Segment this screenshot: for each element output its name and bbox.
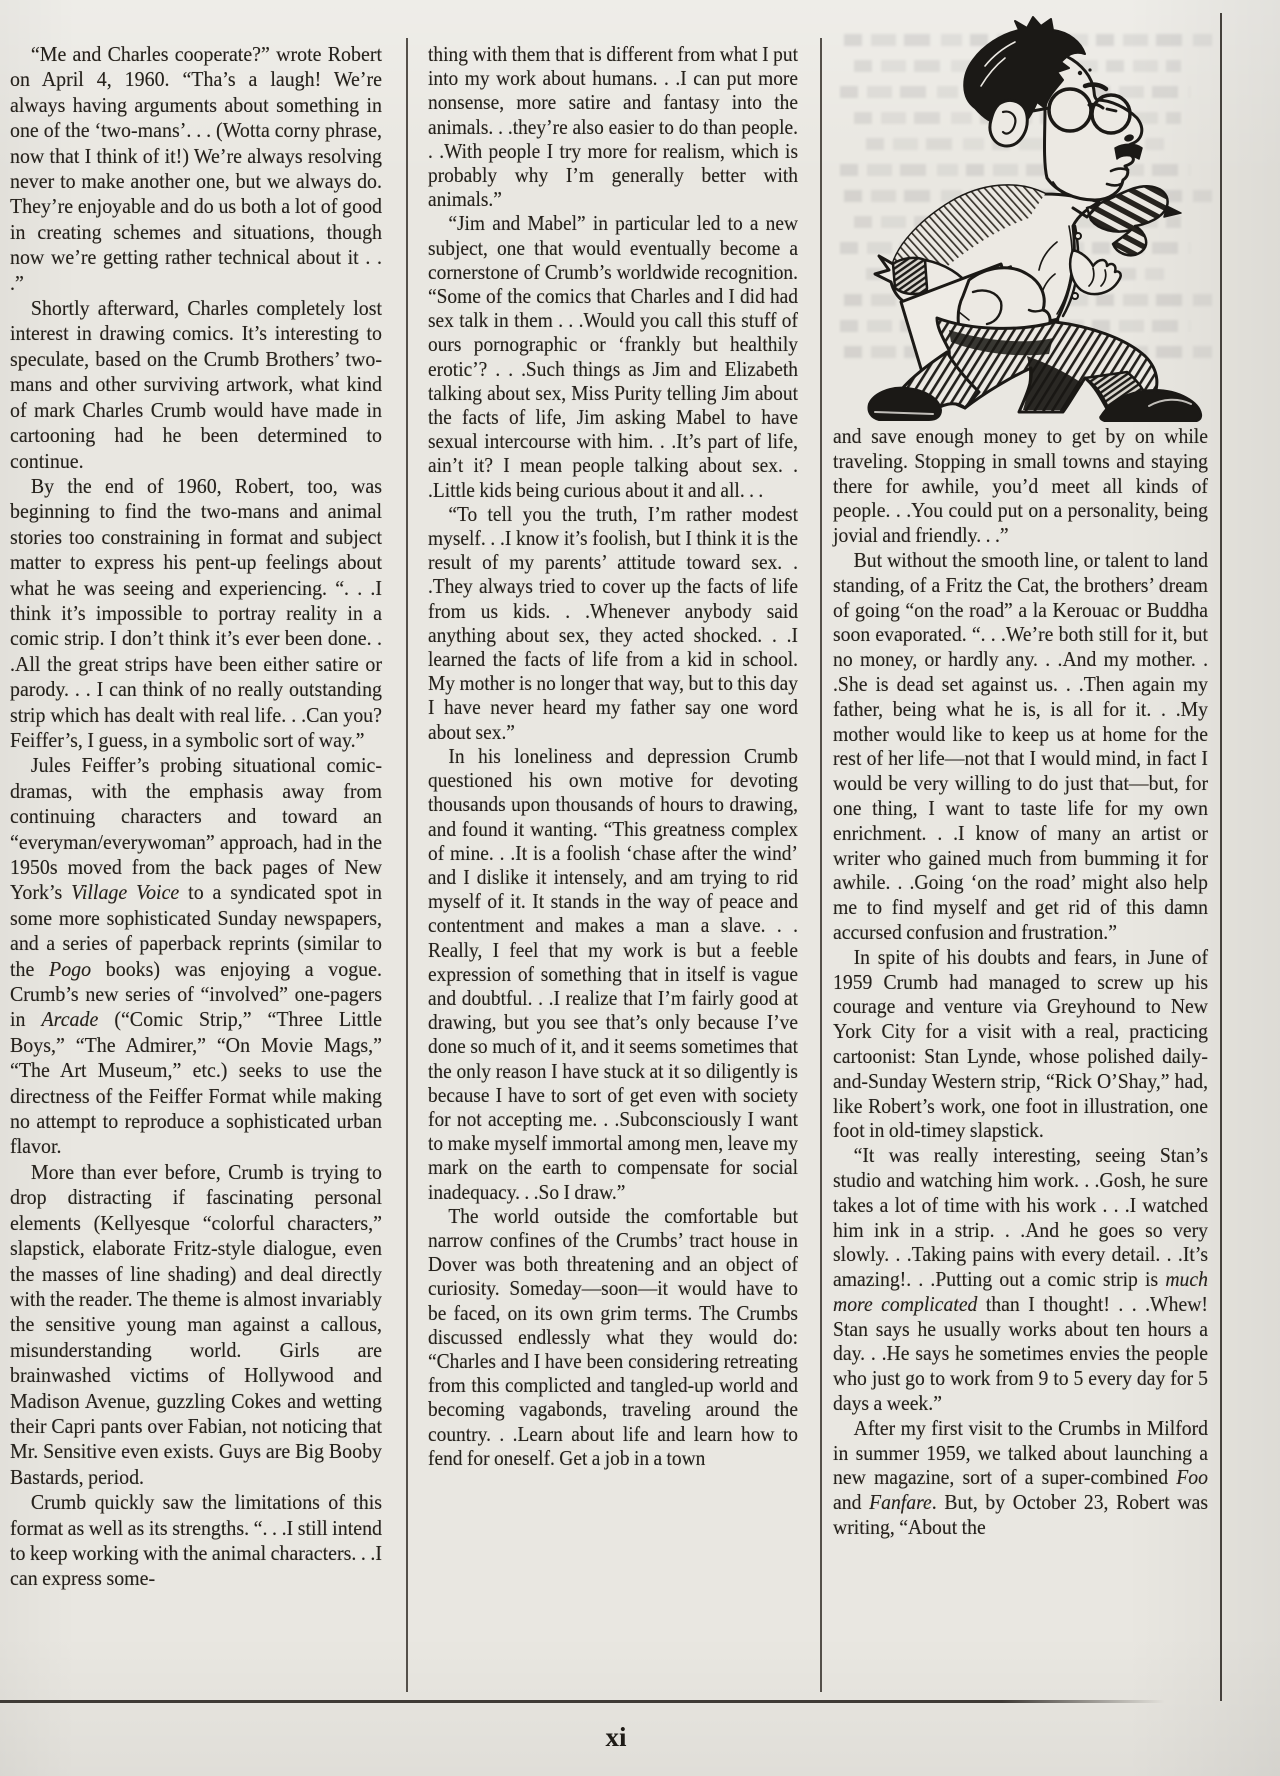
page-number: xi	[0, 1722, 1232, 1753]
column-divider-left	[406, 38, 408, 1692]
paragraph: By the end of 1960, Robert, too, was beg…	[10, 474, 382, 753]
paragraph: “Jim and Mabel” in particular led to a n…	[428, 211, 798, 501]
paragraph: and save enough money to get by on while…	[833, 424, 1208, 548]
paragraph: After my first visit to the Crumbs in Mi…	[833, 1416, 1208, 1540]
paragraph: “It was really interesting, seeing Stan’…	[833, 1143, 1208, 1416]
paragraph: More than ever before, Crumb is trying t…	[10, 1160, 382, 1490]
text-column-left: “Me and Charles cooperate?” wrote Robert…	[10, 42, 402, 1592]
paragraph: Jules Feiffer’s probing situational comi…	[10, 753, 382, 1160]
paragraph: “To tell you the truth, I’m rather modes…	[428, 502, 798, 744]
paragraph: Crumb quickly saw the limitations of thi…	[10, 1490, 382, 1592]
paragraph: In his loneliness and depression Crumb q…	[428, 744, 798, 1204]
scanned-book-page: { "document": { "page_number": "xi", "il…	[0, 0, 1280, 1776]
footer-rule	[0, 1700, 1165, 1703]
text-column-right: and save enough money to get by on while…	[833, 424, 1233, 1540]
paragraph: In spite of his doubts and fears, in Jun…	[833, 945, 1208, 1143]
illustration-running-man	[848, 12, 1230, 422]
paragraph: thing with them that is different from w…	[428, 42, 798, 211]
paragraph: The world outside the comfortable but na…	[428, 1204, 798, 1470]
text-column-middle: thing with them that is different from w…	[428, 42, 828, 1470]
paragraph: Shortly afterward, Charles completely lo…	[10, 296, 382, 474]
paragraph: “Me and Charles cooperate?” wrote Robert…	[10, 42, 382, 296]
paragraph: But without the smooth line, or talent t…	[833, 548, 1208, 945]
